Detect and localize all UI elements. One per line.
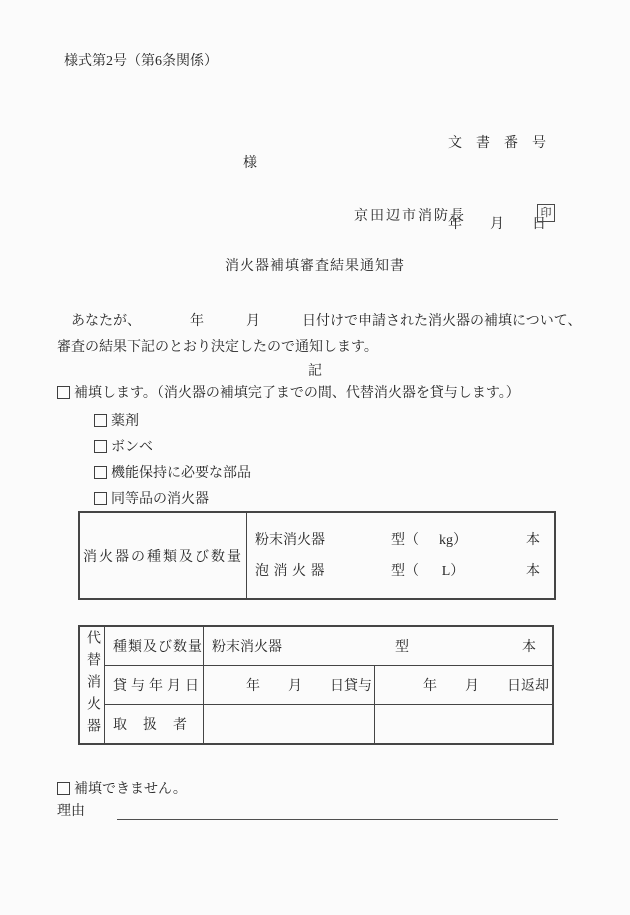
reason-label: 理由 <box>57 800 85 820</box>
cylinder-checkbox[interactable] <box>94 440 107 453</box>
powder-extinguisher-row: 粉末消火器 型（ kg） 本 <box>255 531 540 550</box>
body-line-2: 審査の結果下記のとおり決定したので通知します。 <box>57 336 378 356</box>
refill-item-label: 同等品の消火器 <box>111 488 209 508</box>
loaner-model-blank[interactable]: 型 <box>395 636 409 656</box>
loaner-extinguisher-table: 代替消火器 種類及び数量 粉末消火器 型 本 貸与年月日 年 月 日貸与 年 月… <box>78 625 554 745</box>
body-line-1: あなたが、 年 月 日付けで申請された消火器の補填について、 <box>57 310 581 330</box>
handler-blank-cell-left[interactable] <box>204 705 375 743</box>
unit-label: L） <box>429 562 477 581</box>
refill-item-row: 機能保持に必要な部品 <box>94 462 251 482</box>
cannot-refill-checkbox[interactable] <box>57 782 70 795</box>
refill-option-row: 補填します。（消火器の補填完了までの間、代替消火器を貸与します。） <box>57 382 520 402</box>
loaner-type-row: 種類及び数量 粉末消火器 型 本 <box>105 627 552 666</box>
extinguisher-name: 泡消火器 <box>255 562 391 581</box>
loaner-table-body: 種類及び数量 粉末消火器 型 本 貸与年月日 年 月 日貸与 年 月 日返却 取… <box>105 627 552 743</box>
refill-item-label: 機能保持に必要な部品 <box>111 462 251 482</box>
equivalent-checkbox[interactable] <box>94 492 107 505</box>
count-suffix: 本 <box>526 531 540 550</box>
return-date-blank-cell[interactable]: 年 月 日返却 <box>375 666 552 704</box>
unit-label: kg） <box>429 531 477 550</box>
document-title: 消火器補填審査結果通知書 <box>0 255 630 275</box>
loan-date-row: 貸与年月日 年 月 日貸与 年 月 日返却 <box>105 666 552 705</box>
model-blank[interactable]: 型（ <box>391 531 419 550</box>
refill-item-row: 同等品の消火器 <box>94 488 209 508</box>
loaner-side-header-cell: 代替消火器 <box>80 627 105 743</box>
form-number: 様式第2号（第6条関係） <box>64 50 218 70</box>
sender-title: 京田辺市消防長 <box>354 205 466 225</box>
refill-item-row: 薬剤 <box>94 410 139 430</box>
foam-extinguisher-row: 泡消火器 型（ L） 本 <box>255 562 540 581</box>
loan-date-label-cell: 貸与年月日 <box>105 666 204 704</box>
seal-box: 印 <box>537 204 555 222</box>
model-blank[interactable]: 型（ <box>391 562 419 581</box>
document-number-label: 文 書 番 号 <box>448 130 546 157</box>
loaner-type-label-cell: 種類及び数量 <box>105 627 204 665</box>
handler-row: 取 扱 者 <box>105 705 552 743</box>
loaner-extinguisher-name: 粉末消火器 <box>212 636 282 656</box>
refill-label: 補填します。（消火器の補填完了までの間、代替消火器を貸与します。） <box>74 382 520 402</box>
refill-item-row: ボンベ <box>94 436 153 456</box>
reason-input-line[interactable] <box>117 802 558 820</box>
reason-row: 理由 <box>57 800 558 820</box>
parts-checkbox[interactable] <box>94 466 107 479</box>
refill-checkbox[interactable] <box>57 386 70 399</box>
type-table-value-cell: 粉末消火器 型（ kg） 本 泡消火器 型（ L） 本 <box>247 513 554 598</box>
handler-label-cell: 取 扱 者 <box>105 705 204 743</box>
refill-item-label: 薬剤 <box>111 410 139 430</box>
cannot-refill-row: 補填できません。 <box>57 778 187 798</box>
agent-checkbox[interactable] <box>94 414 107 427</box>
notification-form-page: 様式第2号（第6条関係） 文 書 番 号 年 月 日 様 京田辺市消防長 印 消… <box>0 0 630 915</box>
extinguisher-name: 粉末消火器 <box>255 531 391 550</box>
count-suffix: 本 <box>526 562 540 581</box>
refill-item-label: ボンベ <box>111 436 153 456</box>
cannot-refill-label: 補填できません。 <box>74 778 187 798</box>
handler-blank-cell-right[interactable] <box>375 705 552 743</box>
record-marker: 記 <box>0 360 630 380</box>
loaner-side-label: 代替消火器 <box>82 630 102 740</box>
type-quantity-table: 消火器の種類及び数量 粉末消火器 型（ kg） 本 泡消火器 型（ L） 本 <box>78 511 556 600</box>
addressee-honorific: 様 <box>243 152 257 172</box>
loaner-count-suffix: 本 <box>522 636 536 656</box>
type-table-header-cell: 消火器の種類及び数量 <box>80 513 247 598</box>
loan-date-blank-cell[interactable]: 年 月 日貸与 <box>204 666 375 704</box>
loaner-type-value-cell: 粉末消火器 型 本 <box>204 627 552 665</box>
